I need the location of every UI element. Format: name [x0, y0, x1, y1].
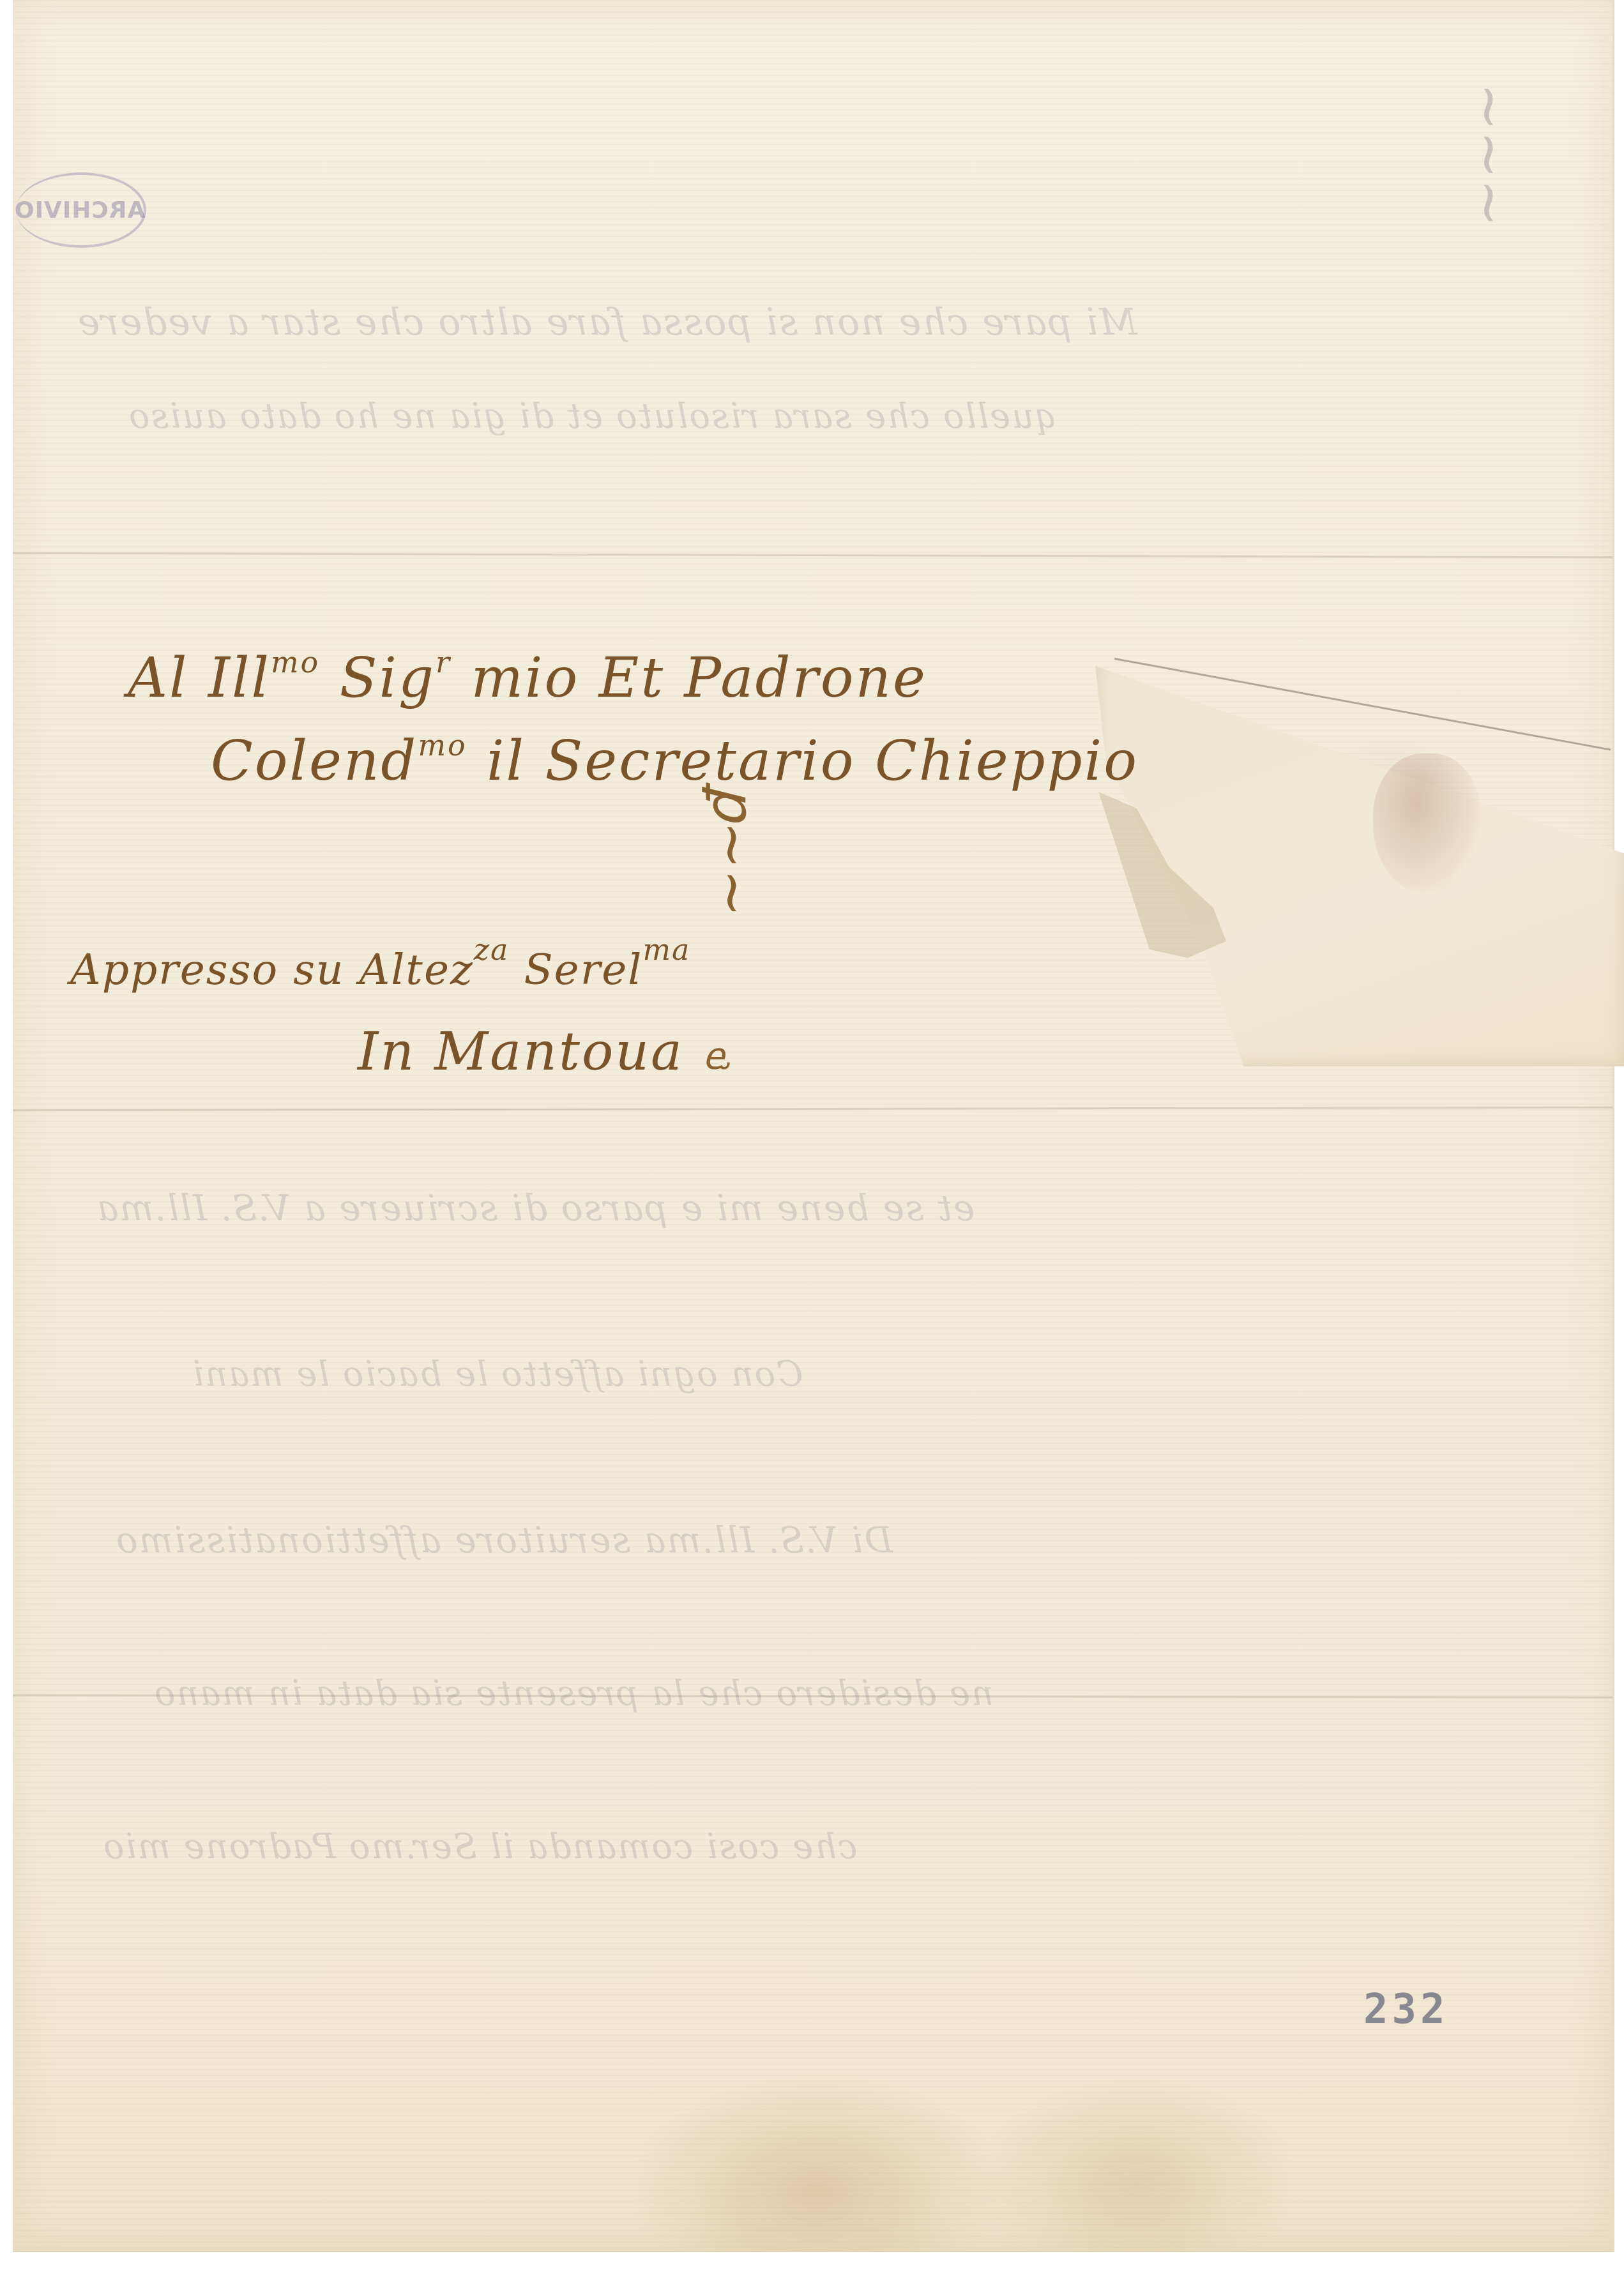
address-recipient: il Secretario Chieppio — [487, 729, 1139, 793]
wax-seal-trace — [1373, 754, 1482, 894]
archive-stamp-text: ARCHIVIO — [14, 197, 145, 223]
bleed-through-text: che cosi comanda il Ser.mo Padrone mio — [102, 1826, 857, 1867]
address-text: Appresso su Altez — [70, 945, 474, 994]
address-prefix: Colend — [211, 729, 418, 793]
flourish-icon: ꝑ~~ — [700, 785, 767, 918]
superscript: ma — [642, 932, 690, 967]
superscript: za — [474, 932, 510, 967]
address-rest: mio Et Padrone — [471, 646, 927, 710]
address-title: Sig — [340, 646, 436, 710]
bleed-through-text: Mi pare che non si possa fare altro che … — [77, 300, 1137, 344]
address-line-3: Appresso su Altezza Serelma — [70, 932, 690, 994]
address-honorific: Ill — [208, 646, 271, 710]
superscript: r — [436, 645, 452, 679]
bleed-through-text: Di V.S. Ill.ma seruitore affettionatissi… — [115, 1520, 893, 1561]
bleed-through-text: quello che sara risoluto et di gia ne ho… — [128, 396, 1057, 436]
bleed-through-text: et se bene mi e parso di scriuere a V.S.… — [96, 1188, 975, 1229]
address-destination: In Mantoua — [358, 1022, 684, 1082]
address-line-2: Colendmo il Secretario Chieppio — [211, 728, 1139, 793]
address-text: Serel — [524, 945, 642, 994]
superscript: mo — [418, 728, 467, 762]
superscript: mo — [271, 645, 320, 679]
folio-number: 232 — [1363, 1986, 1449, 2033]
address-line-1: Al Illmo Sigr mio Et Padrone — [128, 645, 927, 710]
destination-city: In Mantoua — [358, 1022, 684, 1082]
bleed-through-text: Con ogni affetto le bacio le mani — [192, 1354, 803, 1394]
archive-stamp: ARCHIVIO — [16, 172, 146, 248]
flourish-icon: ~~~ — [1457, 82, 1524, 227]
bleed-through-text: ne desidero che la presente sia data in … — [153, 1673, 994, 1713]
address-prefix: Al — [128, 646, 189, 710]
flourish-icon: ⱸ — [702, 1028, 728, 1080]
